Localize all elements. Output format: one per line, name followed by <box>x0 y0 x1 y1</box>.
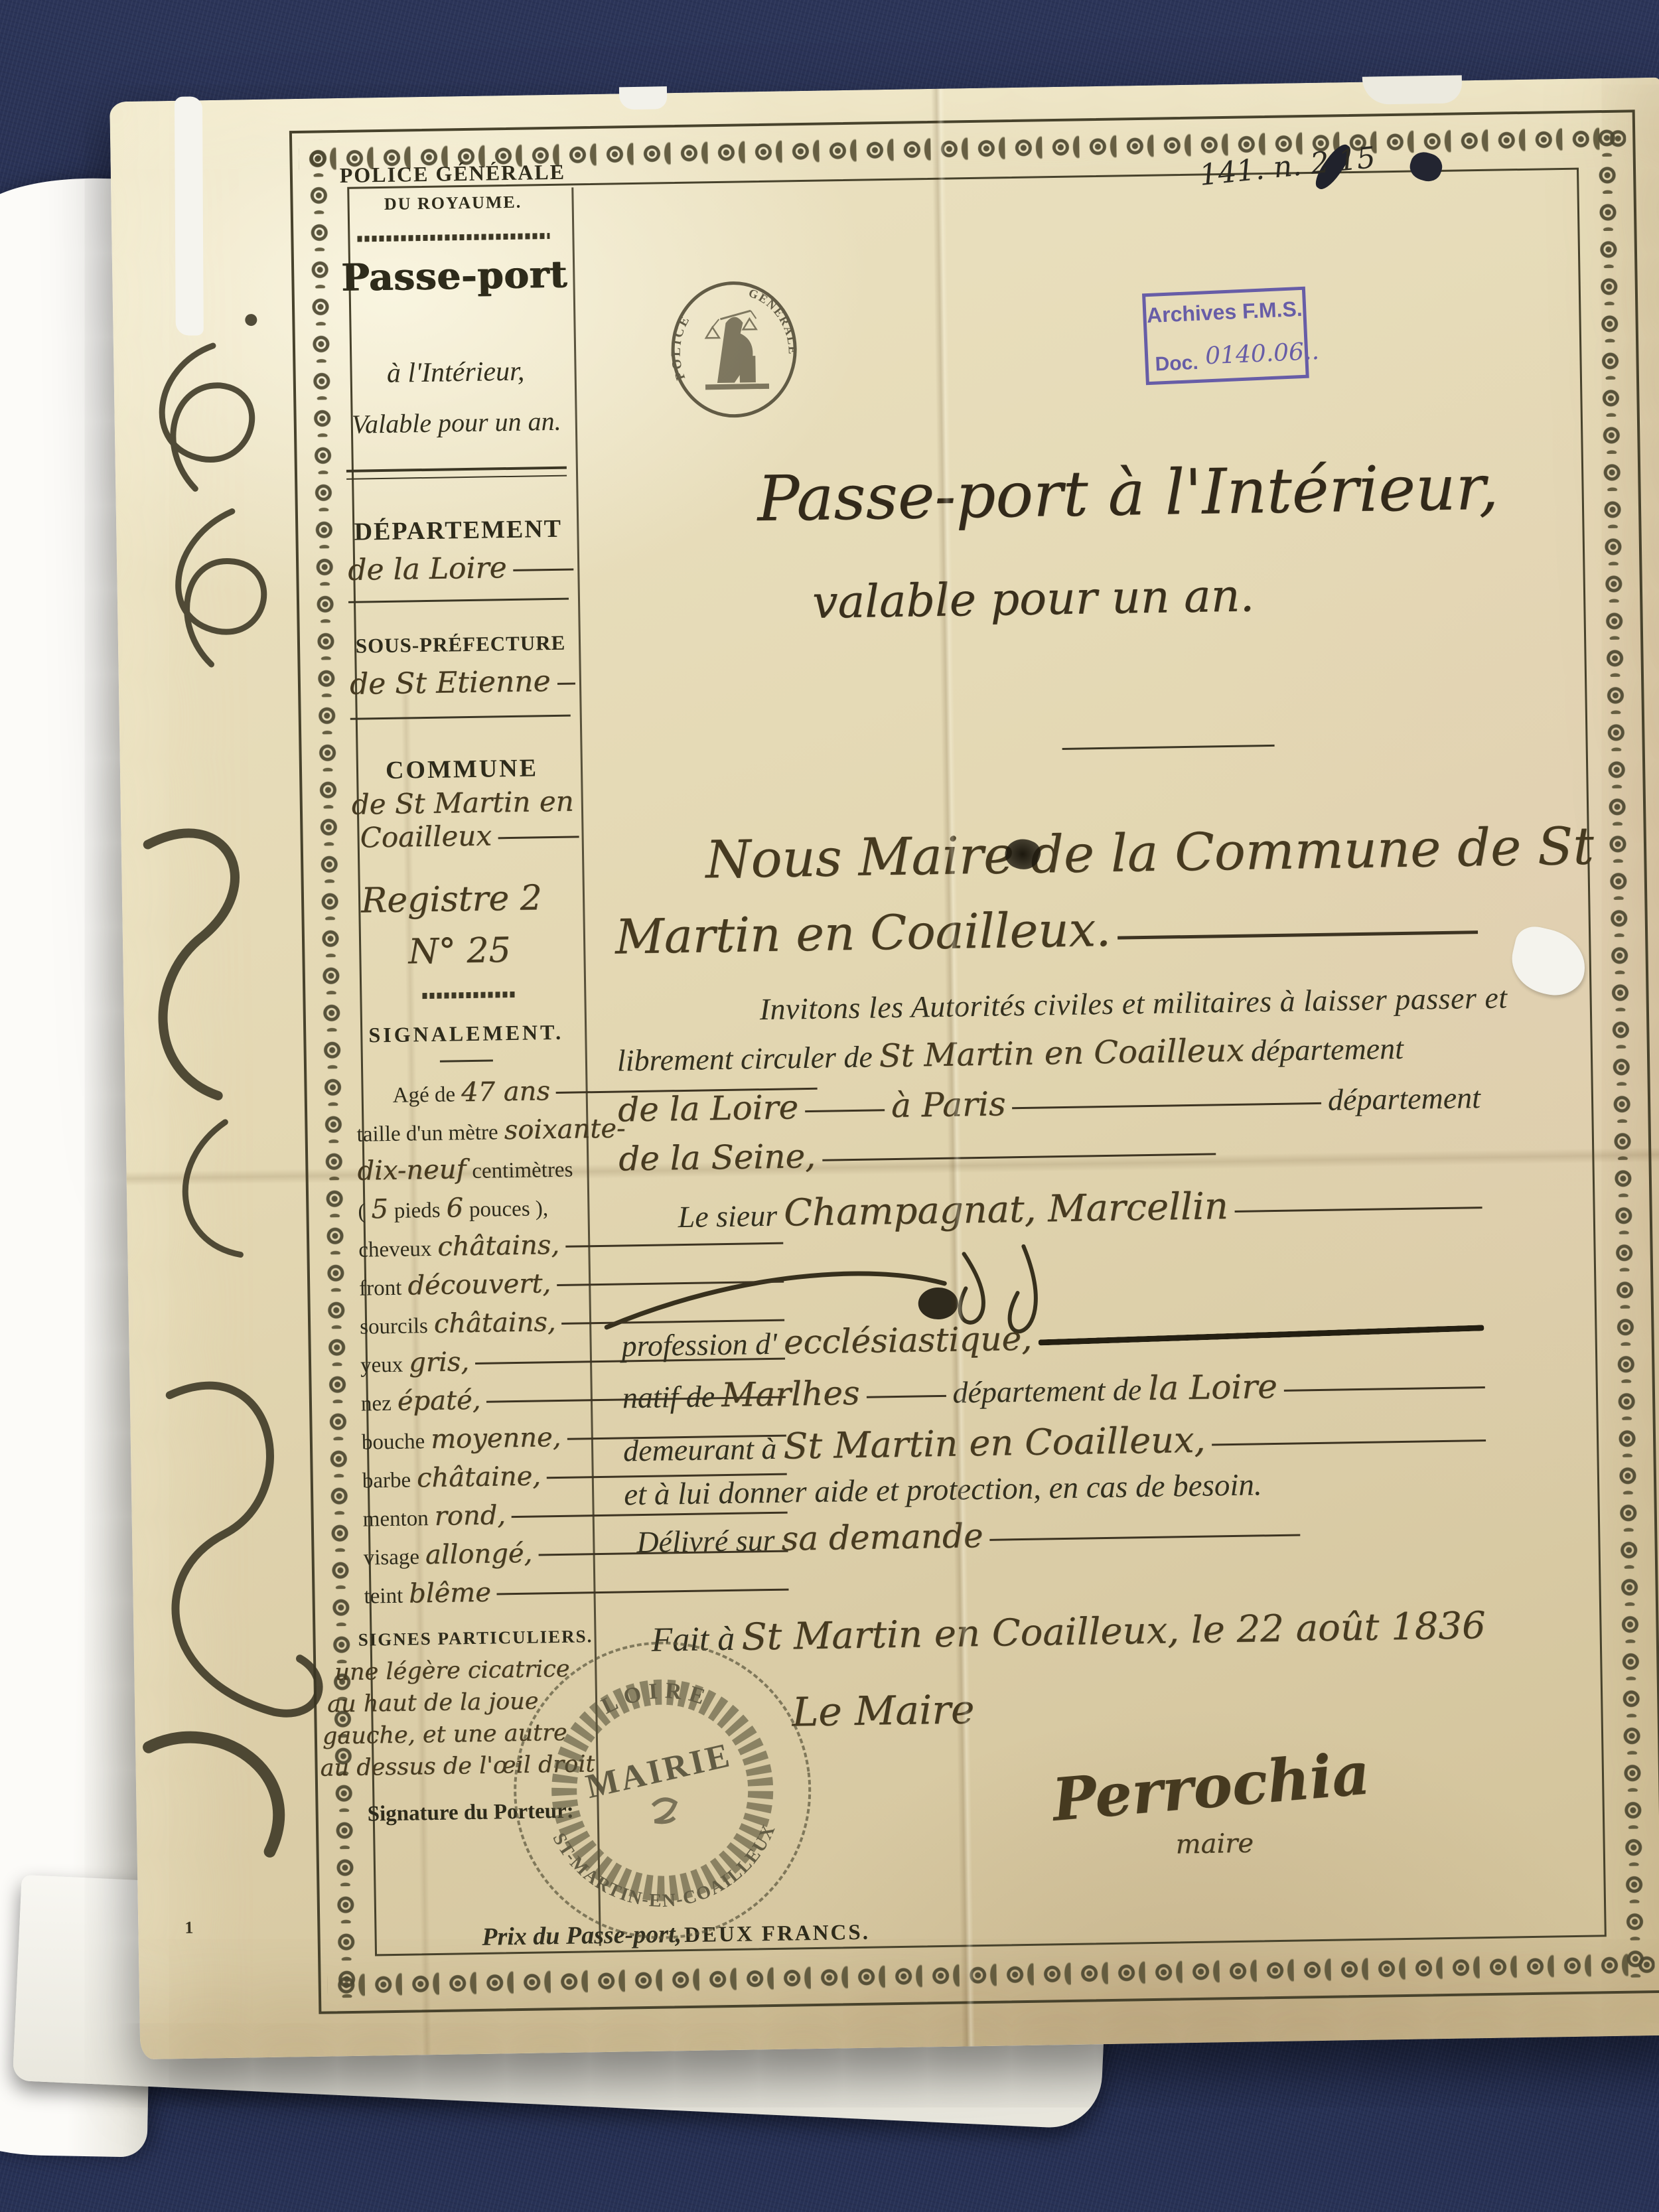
archives-stamp-line1: Archives F.M.S. <box>1146 297 1303 328</box>
archives-stamp-doc-number: 0140.06.. <box>1204 338 1319 370</box>
opening-line2: Martin en Coailleux. <box>614 901 1111 965</box>
commune-value-line1: de St Martin en <box>351 785 574 821</box>
departement-value: de la Loire <box>348 551 507 587</box>
left-header-line1: POLICE GÉNÉRALE <box>336 160 569 188</box>
mairie-seal: LOIRE MAIRIE ST-MARTIN-EN-COAILLEUX <box>489 1617 836 1964</box>
passport-document: 141. n. 2 15 POLICE GÉNÉRALE DU ROYAUME.… <box>109 78 1659 2059</box>
svg-text:MAIRIE: MAIRIE <box>583 1736 735 1806</box>
numero-value: N° 25 <box>408 930 511 972</box>
paper-tear <box>619 86 668 110</box>
rule-line <box>557 682 575 684</box>
departement-value-row: de la Loire <box>348 550 574 587</box>
signalement-title: SIGNALEMENT. <box>350 1019 583 1047</box>
archives-stamp-doc-label: Doc. <box>1155 352 1198 376</box>
police-generale-seal: POLICE GÉNÉRALE <box>666 277 801 425</box>
justice-figure-icon <box>704 311 769 390</box>
sous-prefecture-value: de St Etienne <box>350 664 551 701</box>
commune-label: COMMUNE <box>346 753 579 785</box>
paper-tear <box>175 96 204 335</box>
signalement-row-front: frontdécouvert, <box>359 1265 784 1310</box>
passeport-sub2: Valable pour un an. <box>333 405 579 440</box>
mayor-signature-title: maire <box>1175 1828 1254 1860</box>
rule-line <box>498 836 579 839</box>
sous-prefecture-label: SOUS-PRÉFECTURE <box>341 630 581 658</box>
archives-stamp: Archives F.M.S. Doc. 0140.06.. <box>1142 287 1309 386</box>
page-marker: 1 <box>184 1918 193 1938</box>
passeport-sub1: à l'Intérieur, <box>339 354 572 390</box>
paper-tear <box>1362 75 1463 104</box>
passeport-blackletter: Passe-port <box>331 252 577 300</box>
photo-stage: 141. n. 2 15 POLICE GÉNÉRALE DU ROYAUME.… <box>0 0 1659 2212</box>
rule-line <box>514 568 574 571</box>
commune-value-line2: Coailleux <box>360 819 492 853</box>
sous-prefecture-value-row: de St Etienne <box>350 664 576 701</box>
svg-text:GÉNÉRALE: GÉNÉRALE <box>747 285 800 356</box>
svg-text:POLICE: POLICE <box>668 312 694 382</box>
margin-calligraphy-flourish <box>113 285 337 1913</box>
registre-value: Registre 2 <box>361 878 543 921</box>
departement-label: DÉPARTEMENT <box>342 514 575 546</box>
le-maire-line: Le Maire <box>792 1686 975 1735</box>
left-header-line2: DU ROYAUME. <box>336 192 569 215</box>
commune-value-line2-row: Coailleux <box>360 818 579 853</box>
signalement-row-teint: teintblême <box>364 1573 789 1618</box>
